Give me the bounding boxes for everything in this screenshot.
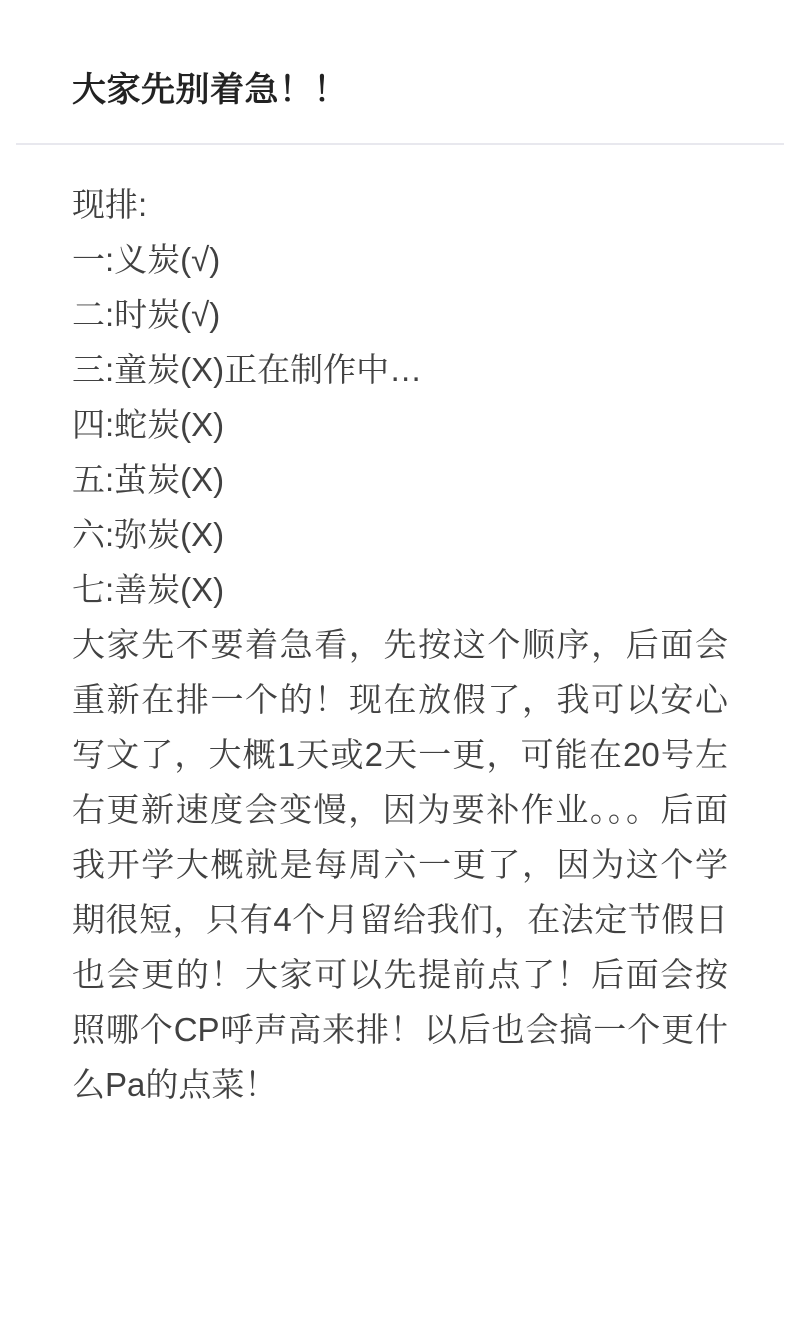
post-page: 大家先别着急！！ 现排: 一:义炭(√) 二:时炭(√) 三:童炭(X)正在制作… [0,0,800,1333]
post-title: 大家先别着急！！ [0,0,800,111]
schedule-item-1: 一:义炭(√) [72,232,728,287]
schedule-item-7: 七:善炭(X) [72,562,728,617]
schedule-item-2: 二:时炭(√) [72,287,728,342]
schedule-item-4: 四:蛇炭(X) [72,397,728,452]
schedule-item-6: 六:弥炭(X) [72,507,728,562]
list-header: 现排: [72,177,728,232]
post-paragraph: 大家先不要着急看，先按这个顺序，后面会重新在排一个的！现在放假了，我可以安心写文… [72,617,728,1112]
post-body: 现排: 一:义炭(√) 二:时炭(√) 三:童炭(X)正在制作中… 四:蛇炭(X… [0,145,800,1112]
schedule-item-5: 五:茧炭(X) [72,452,728,507]
schedule-item-3: 三:童炭(X)正在制作中… [72,342,728,397]
